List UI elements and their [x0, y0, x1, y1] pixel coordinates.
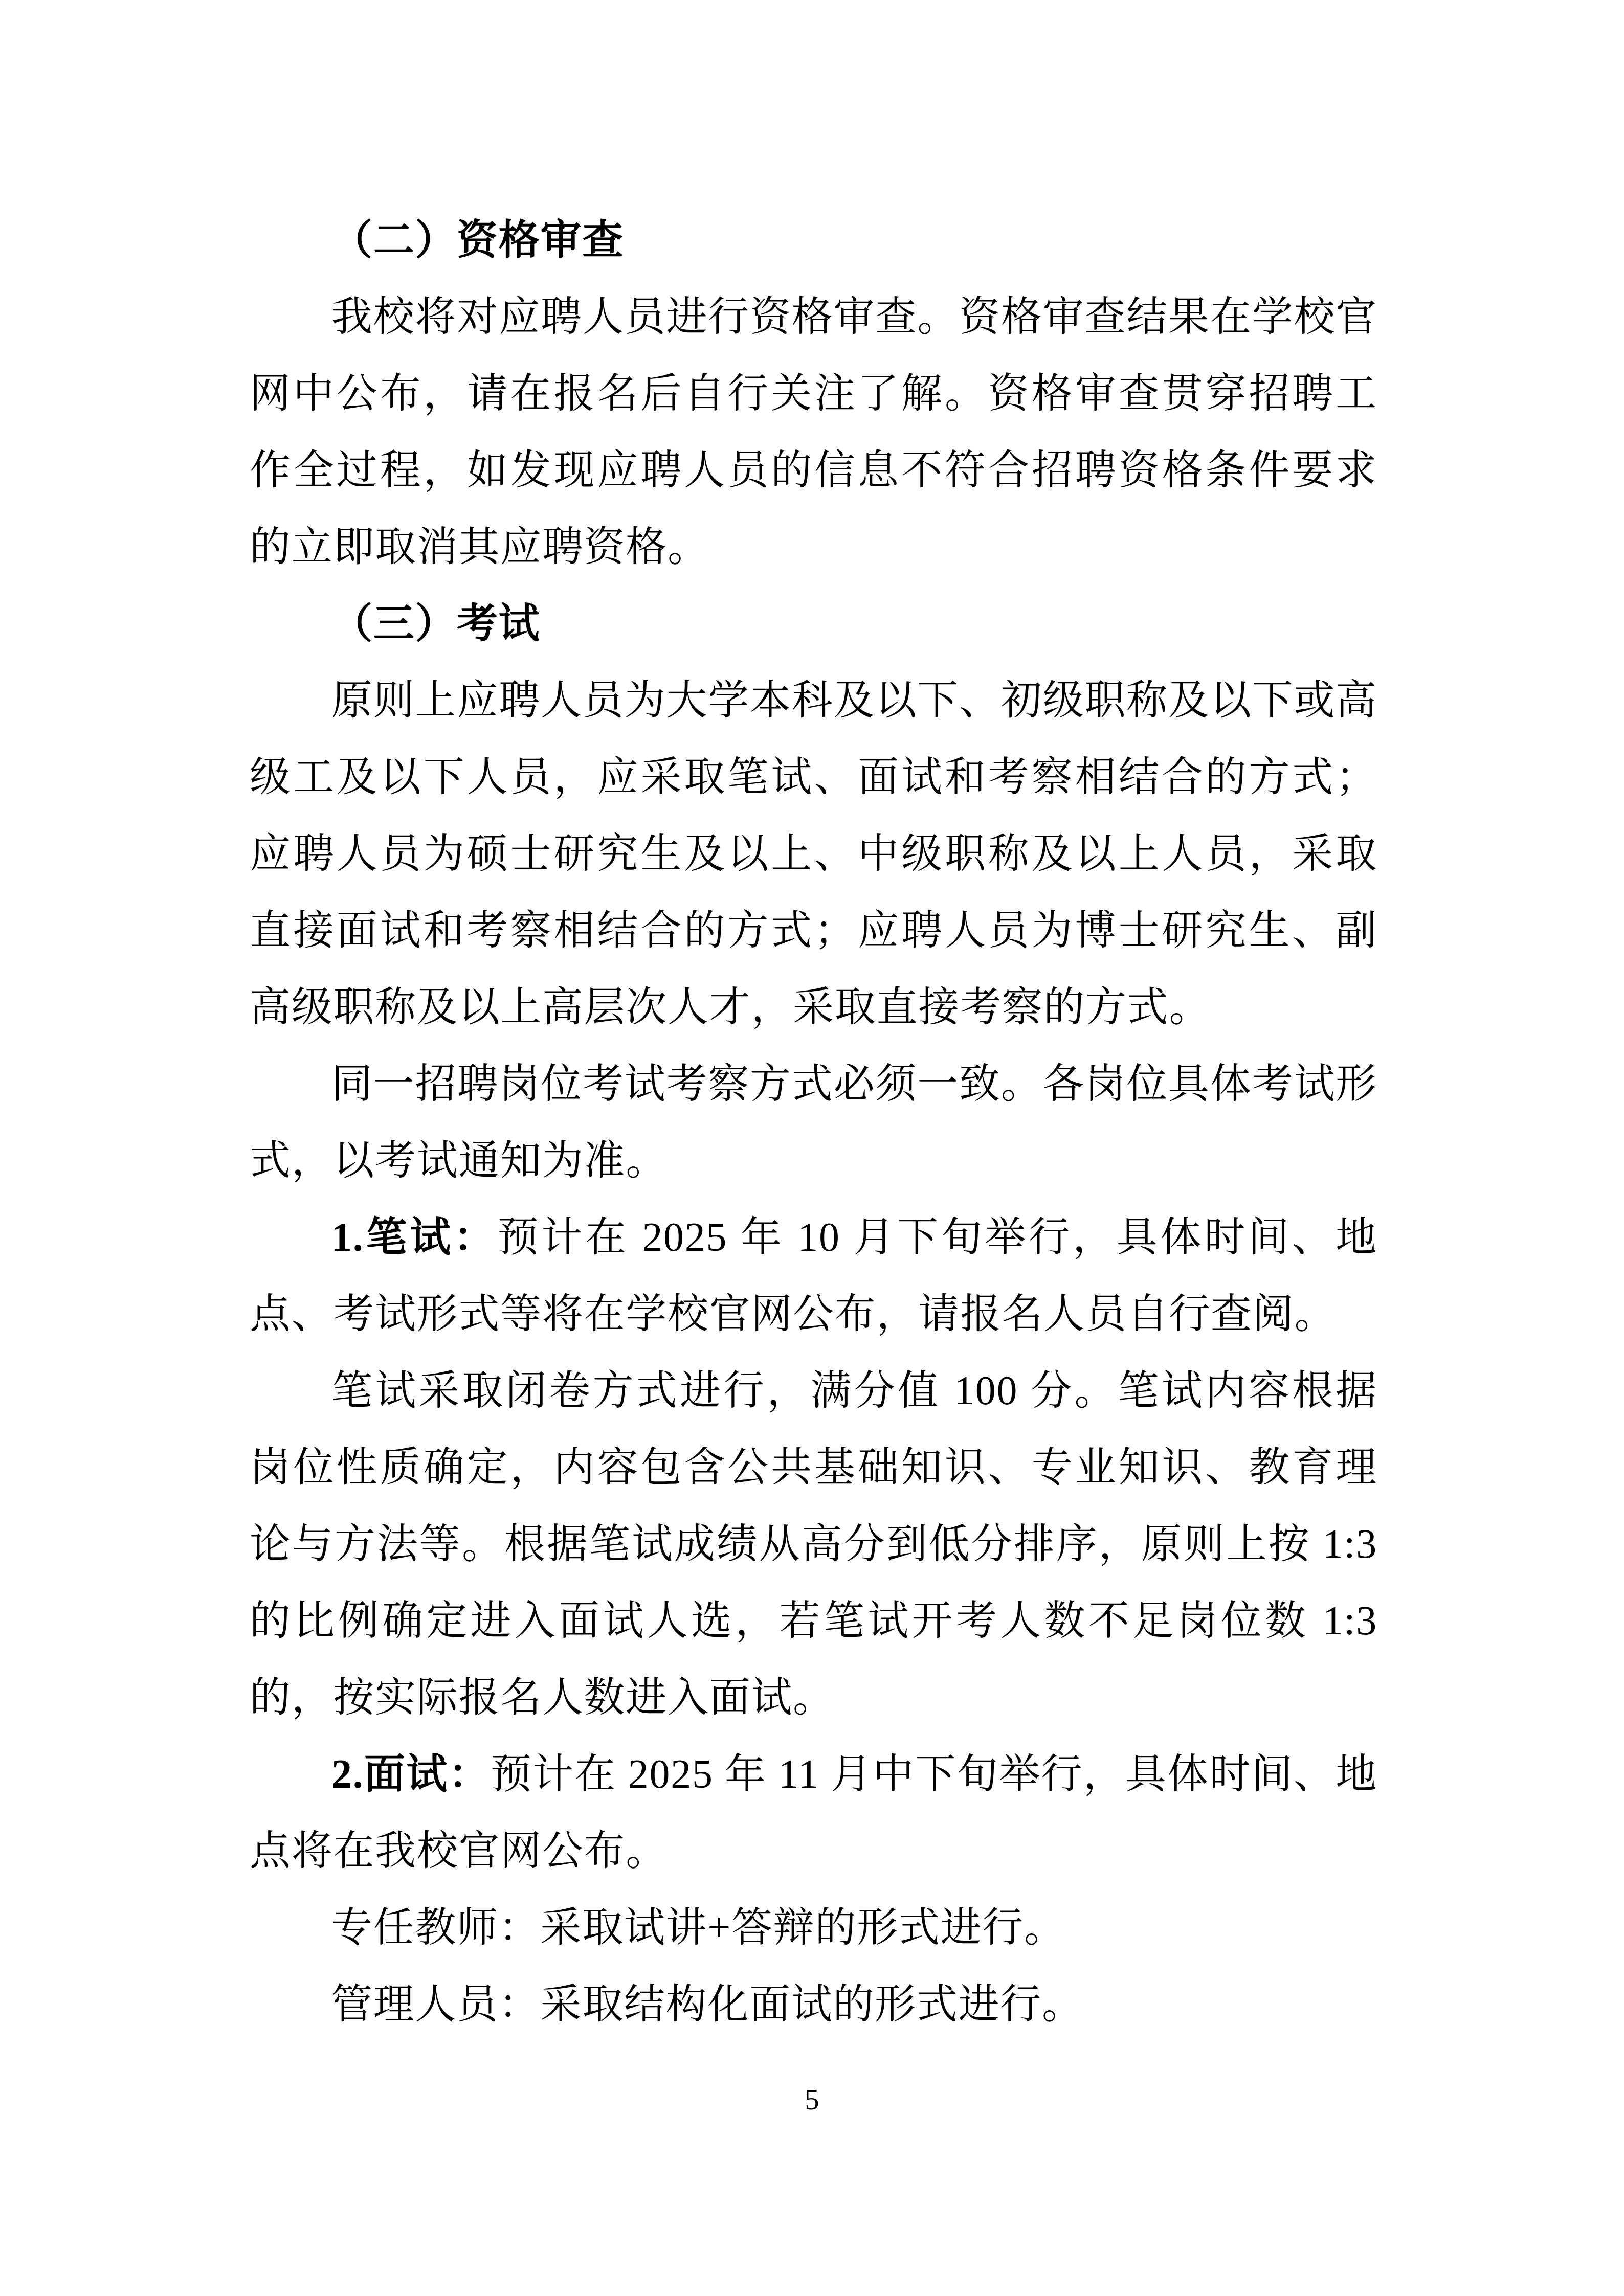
paragraph-exam-form-notice: 同一招聘岗位考试考察方式必须一致。各岗位具体考试形式，以考试通知为准。 [250, 1046, 1377, 1199]
paragraph-written-test: 1.笔试：预计在 2025 年 10 月下旬举行，具体时间、地点、考试形式等将在… [250, 1199, 1377, 1353]
written-test-label: 1.笔试： [331, 1215, 498, 1260]
section-heading-qualification-review: （二）资格审查 [250, 202, 1377, 279]
paragraph-exam-method-by-level: 原则上应聘人员为大学本科及以下、初级职称及以下或高级工及以下人员，应采取笔试、面… [250, 662, 1377, 1046]
paragraph-qualification-review: 我校将对应聘人员进行资格审查。资格审查结果在学校官网中公布，请在报名后自行关注了… [250, 279, 1377, 586]
section-heading-examination: （三）考试 [250, 586, 1377, 662]
page-number: 5 [0, 2082, 1624, 2118]
paragraph-written-test-details: 笔试采取闭卷方式进行，满分值 100 分。笔试内容根据岗位性质确定，内容包含公共… [250, 1353, 1377, 1736]
paragraph-interview-teachers: 专任教师：采取试讲+答辩的形式进行。 [250, 1889, 1377, 1966]
document-body: （二）资格审查 我校将对应聘人员进行资格审查。资格审查结果在学校官网中公布，请在… [250, 202, 1377, 2043]
paragraph-interview: 2.面试：预计在 2025 年 11 月中下旬举行，具体时间、地点将在我校官网公… [250, 1736, 1377, 1889]
document-page: （二）资格审查 我校将对应聘人员进行资格审查。资格审查结果在学校官网中公布，请在… [0, 0, 1624, 2296]
paragraph-interview-admin-staff: 管理人员：采取结构化面试的形式进行。 [250, 1966, 1377, 2043]
interview-label: 2.面试： [331, 1752, 491, 1797]
